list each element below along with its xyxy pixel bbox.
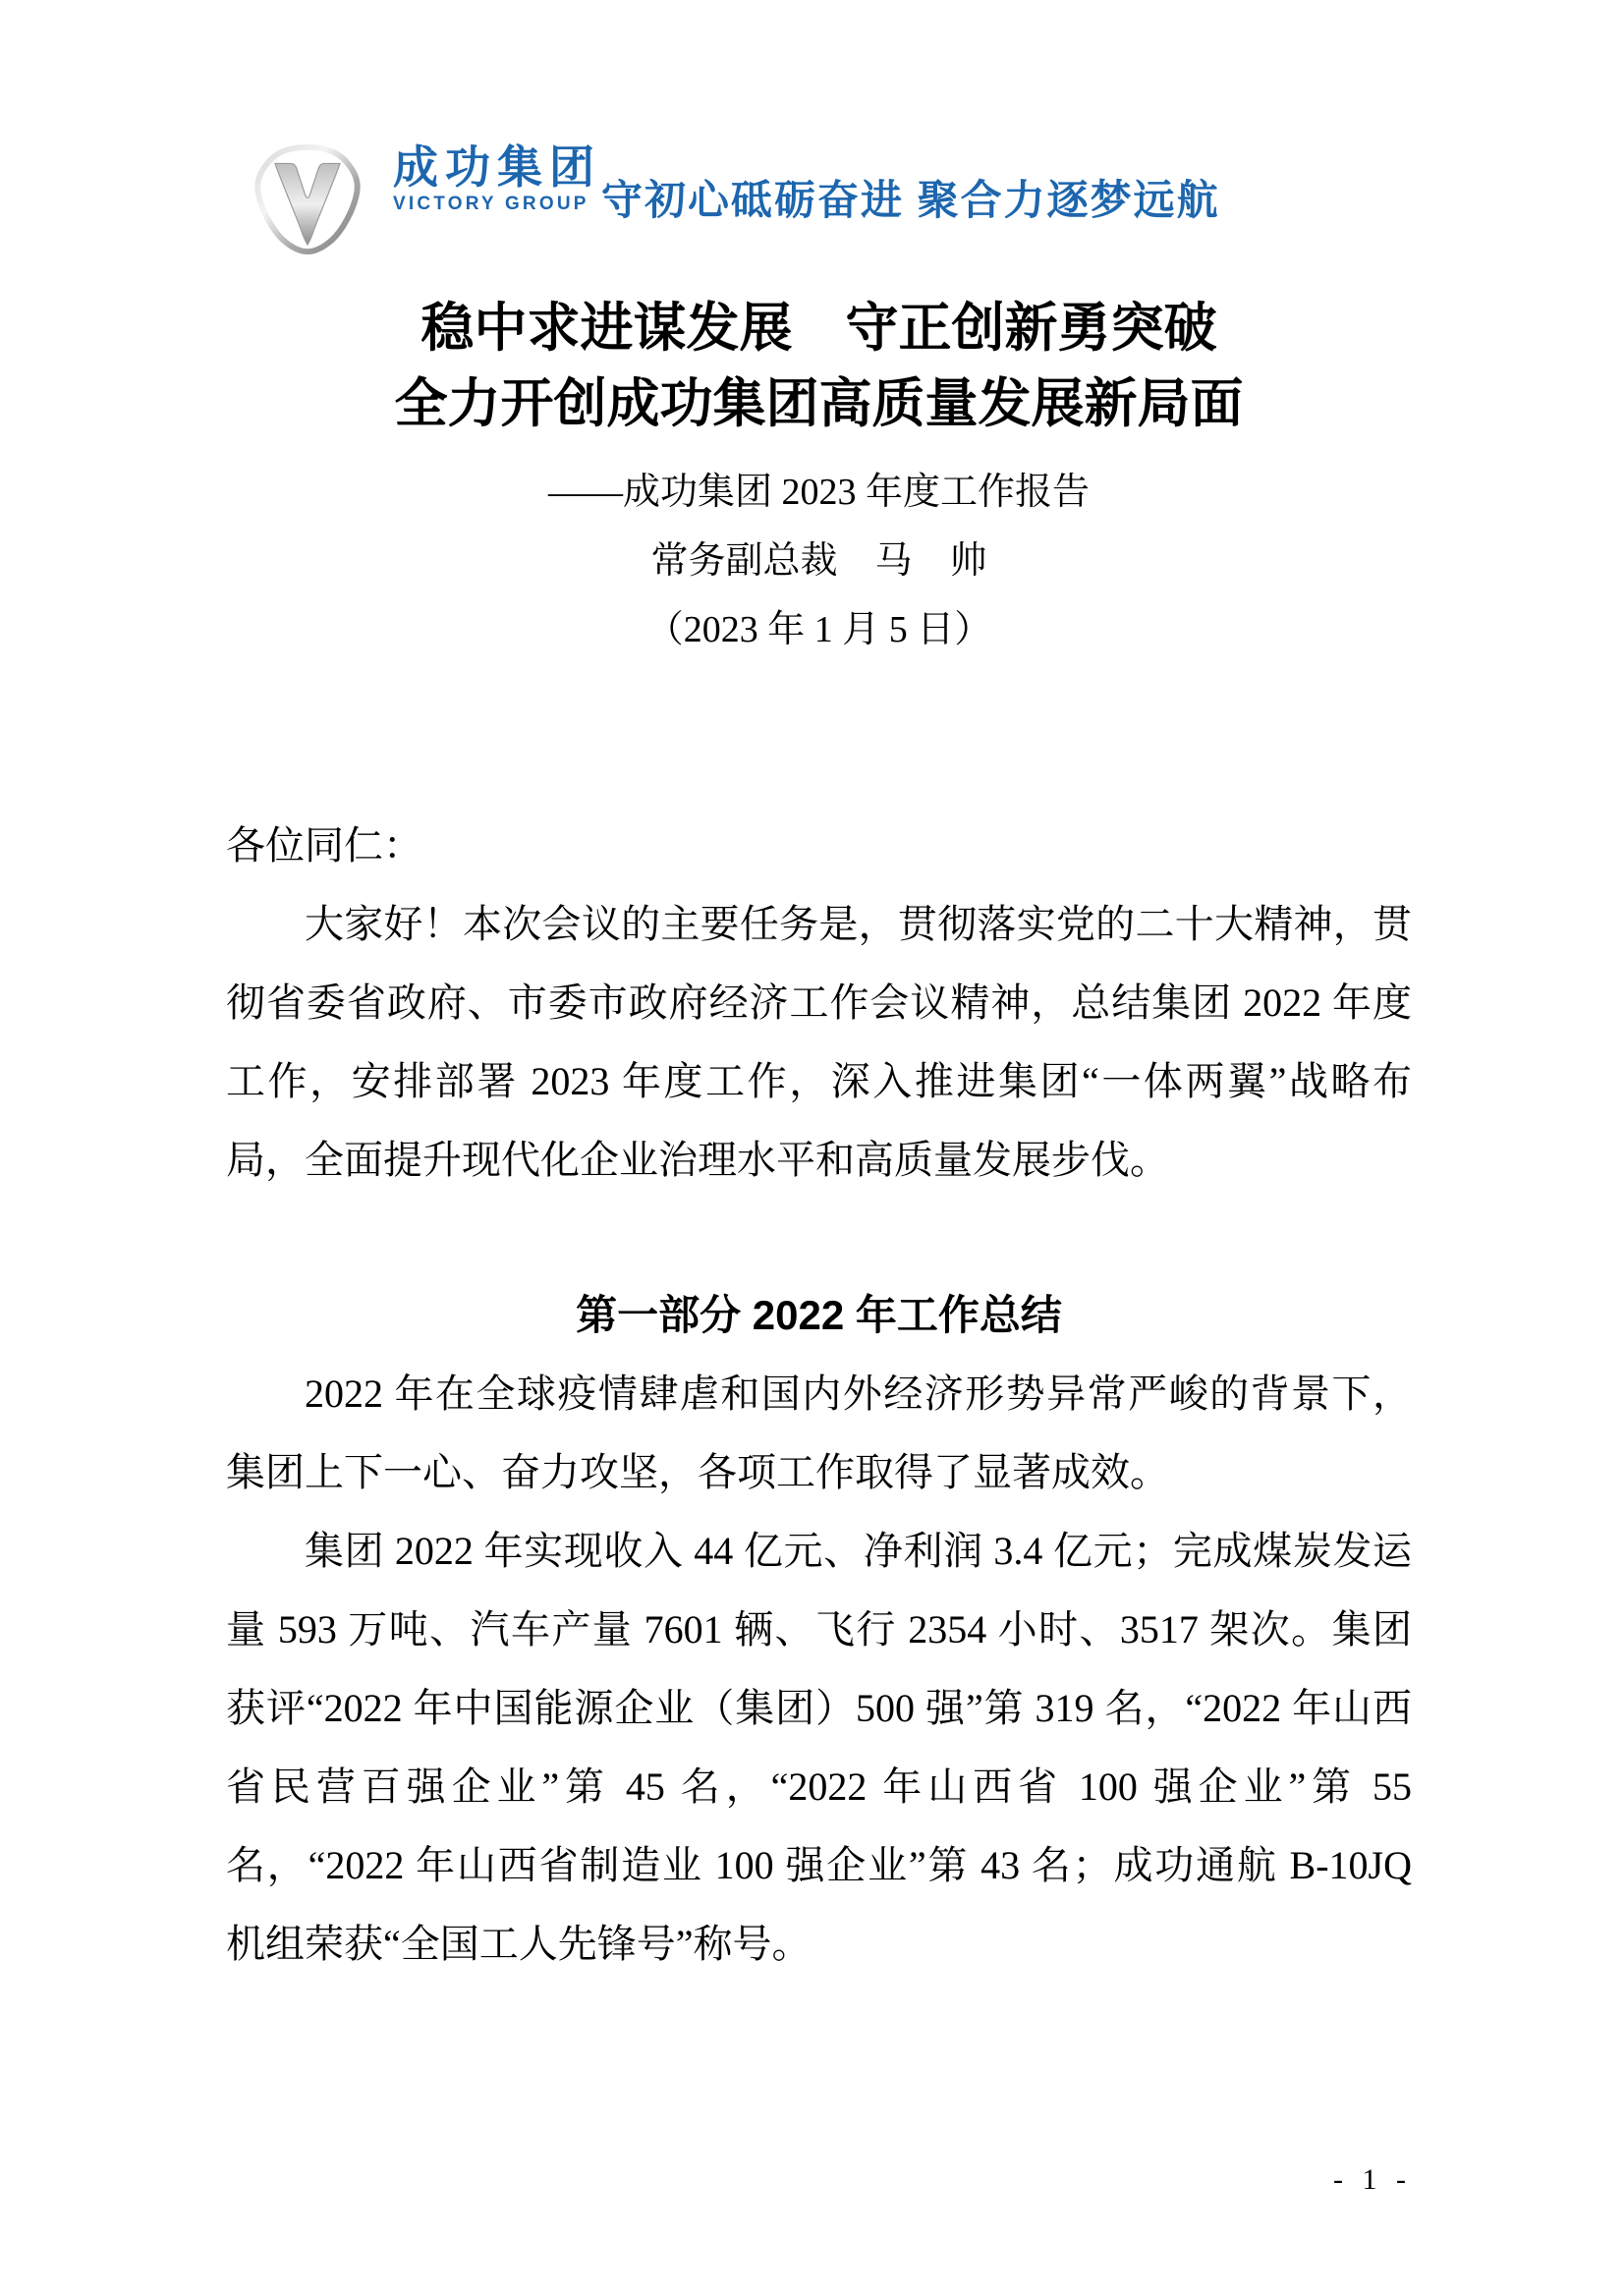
section1-paragraph: 2022 年在全球疫情肆虐和国内外经济形势异常严峻的背景下，集团上下一心、奋力攻… [226, 1355, 1412, 1512]
subtitle-block: ——成功集团 2023 年度工作报告 常务副总裁 马 帅 （2023 年 1 月… [226, 458, 1412, 664]
report-presenter: 常务副总裁 马 帅 [226, 527, 1412, 595]
section1-paragraph: 集团 2022 年实现收入 44 亿元、净利润 3.4 亿元；完成煤炭发运量 5… [226, 1512, 1412, 1984]
document-page: 成功集团 VICTORY GROUP 守初心砥砺奋进 聚合力逐梦远航 稳中求进谋… [0, 0, 1624, 2296]
opening-paragraph: 大家好！本次会议的主要任务是，贯彻落实党的二十大精神，贯彻省委省政府、市委市政府… [226, 885, 1412, 1200]
report-subtitle: ——成功集团 2023 年度工作报告 [226, 458, 1412, 527]
body-text: 各位同仁： 大家好！本次会议的主要任务是，贯彻落实党的二十大精神，贯彻省委省政府… [226, 807, 1412, 1984]
company-name-en: VICTORY GROUP [393, 195, 601, 213]
report-date: （2023 年 1 月 5 日） [226, 595, 1412, 664]
page-number: - 1 - [1333, 2163, 1412, 2197]
company-name-cn: 成功集团 [393, 144, 601, 190]
document-content: 稳中求进谋发展 守正创新勇突破 全力开创成功集团高质量发展新局面 ——成功集团 … [226, 291, 1412, 1984]
victory-v-badge-icon [250, 143, 365, 255]
section1-heading: 第一部分 2022 年工作总结 [226, 1276, 1412, 1355]
report-title-line1: 稳中求进谋发展 守正创新勇突破 [226, 291, 1412, 366]
company-slogan: 守初心砥砺奋进 聚合力逐梦远航 [601, 176, 1220, 225]
report-title-line2: 全力开创成功集团高质量发展新局面 [226, 366, 1412, 442]
brand-block: 成功集团 VICTORY GROUP [393, 144, 601, 213]
salutation: 各位同仁： [226, 807, 1412, 885]
